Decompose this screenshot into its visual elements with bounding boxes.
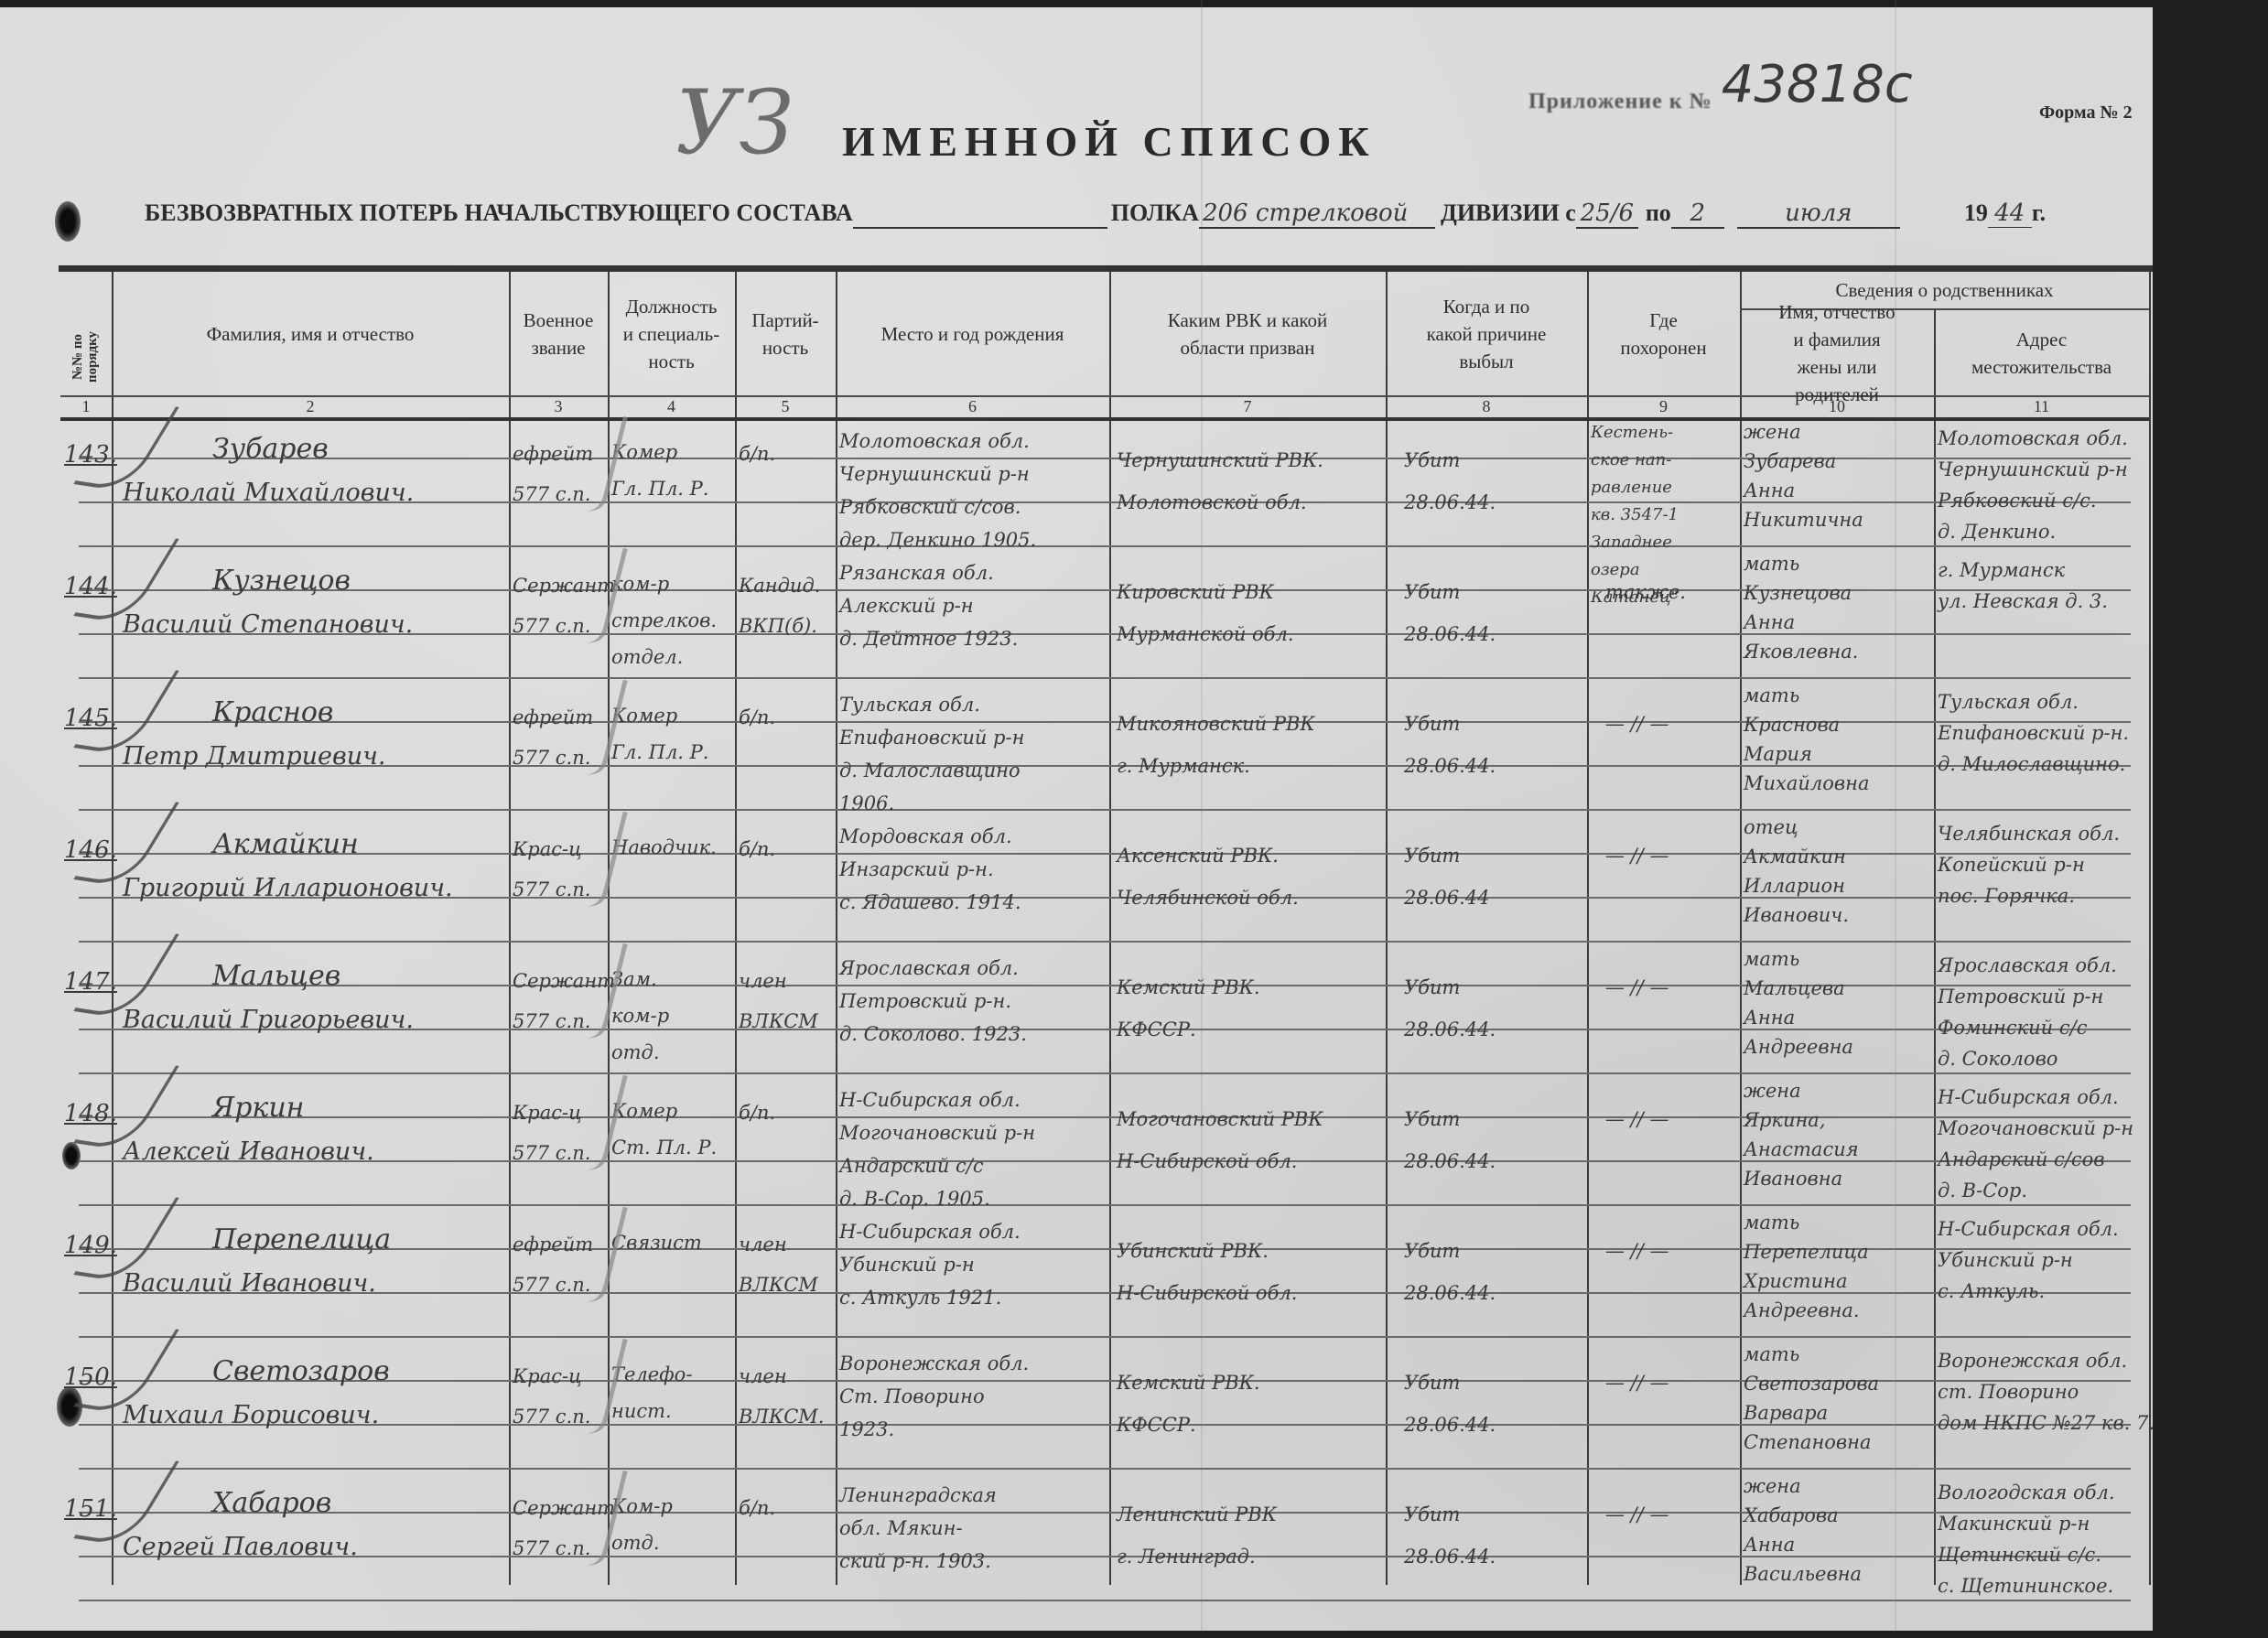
burial-place: — // — [1605,1098,1669,1140]
position-line: отд. [611,1034,669,1071]
subtitle-prefix: БЕЗВОЗВРАТНЫХ ПОТЕРЬ НАЧАЛЬСТВУЮЩЕГО СОС… [145,199,853,227]
document-subtitle: БЕЗВОЗВРАТНЫХ ПОТЕРЬ НАЧАЛЬСТВУЮЩЕГО СОС… [145,199,2046,229]
home-address-line: д. Денкино. [1938,516,2128,547]
party-membership: б/п. [739,697,775,738]
date-to-month: июля [1737,199,1900,229]
burial-place: также. [1605,571,1686,613]
relative-name: женаХабароваАннаВасильевна [1744,1471,1862,1589]
given-names: Михаил Борисович. [123,1398,379,1433]
home-address-line: Чернушинский р-н [1938,454,2128,485]
burial-place-line: Кестень- [1591,419,1679,447]
home-address-line: с. Аткуль. [1938,1276,2119,1307]
party-membership-line: ВЛКСМ [739,1001,818,1041]
birthplace-line: обл. Мякин- [839,1512,997,1545]
column-number: 8 [1386,397,1587,416]
departure-reason: Убит28.06.44. [1404,571,1496,655]
position-line: Гл. Пл. Р. [611,470,708,507]
conscription-office: Ленинский РВКг. Ленинград. [1117,1493,1277,1578]
position-line: стрелков. [611,602,717,639]
departure-reason: Убит28.06.44 [1404,835,1490,919]
form-number: Форма № 2 [2039,102,2133,124]
departure-reason-line: Убит [1404,1230,1496,1272]
position-line: Ст. Пл. Р. [611,1129,717,1166]
birthplace-line: Молотовская обл. [839,425,1036,458]
home-address-line: Копейский р-н [1938,849,2120,880]
conscription-office-line: Мурманской обл. [1117,613,1294,655]
relative-name: отецАкмайкинИлларионИванович. [1744,813,1849,930]
surname: Светозаров [212,1354,390,1389]
burial-place-line: — // — [1605,1362,1669,1404]
party-membership-line: б/п. [739,1488,775,1528]
birthplace: Рязанская обл.Алекский р-нд. Дейтное 192… [839,556,1018,655]
position: Зам.ком-ротд. [611,961,669,1071]
burial-place-line: равление [1591,474,1679,501]
home-address-line: Челябинская обл. [1938,818,2120,849]
ruled-line [79,1204,2131,1206]
conscription-office-line: Микояновский РВК [1117,703,1315,745]
party-membership: членВЛКСМ [739,961,818,1041]
military-rank-line: Крас-ц [513,1356,590,1396]
column-header: Должностьи специаль-ность [608,272,735,395]
departure-reason-line: 28.06.44 [1404,877,1490,919]
relative-name-line: жена [1744,1076,1859,1105]
birthplace: Мордовская обл.Инзарский р-н.с. Ядашево.… [839,820,1021,919]
column-number: 7 [1109,397,1386,416]
burial-place-line: — // — [1605,966,1669,1008]
birthplace: Н-Сибирская обл.Убинский р-нс. Аткуль 19… [839,1215,1021,1314]
departure-reason-line: 28.06.44. [1404,1536,1496,1578]
relative-name-line: Андреевна. [1744,1296,1869,1325]
conscription-office-line: Кемский РВК. [1117,1362,1260,1404]
relative-name-line: Илларион [1744,871,1849,900]
relative-name-line: мать [1744,944,1853,974]
ruled-line [79,1336,2131,1338]
home-address: Молотовская обл.Чернушинский р-нРябковск… [1938,423,2128,547]
departure-reason-line: 28.06.44. [1404,1404,1496,1446]
conscription-office-line: КФССР. [1117,1008,1260,1051]
burial-place: — // — [1605,703,1669,745]
birthplace-line: д. В-Сор. 1905. [839,1182,1035,1215]
party-membership: б/п. [739,1093,775,1133]
departure-reason-line: Убит [1404,835,1490,877]
burial-place-line: — // — [1605,1230,1669,1272]
conscription-office: Микояновский РВКг. Мурманск. [1117,703,1315,787]
relative-name-line: Анна [1744,608,1858,637]
surname: Перепелица [212,1223,391,1257]
conscription-office: Кемский РВК.КФССР. [1117,1362,1260,1446]
relative-name-line: Анна [1744,476,1863,505]
conscription-office-line: Ленинский РВК [1117,1493,1277,1536]
home-address-line: Андарский с/сов [1938,1144,2133,1175]
position-line: Комер [611,434,708,470]
relative-name-line: Светозарова [1744,1369,1879,1398]
party-membership-line: член [739,1356,824,1396]
conscription-office: Аксенский РВК.Челябинской обл. [1117,835,1299,919]
column-header: Имя, отчествои фамилияжены илиродителей [1740,310,1934,395]
birthplace-line: Мордовская обл. [839,820,1021,853]
relative-name-line: Зубарева [1744,447,1863,476]
blank-line [853,199,1107,229]
given-names: Алексей Иванович. [123,1135,374,1169]
departure-reason-line: Убит [1404,1098,1496,1140]
ruled-line [79,677,2131,679]
burial-place-line: — // — [1605,835,1669,877]
burial-place: — // — [1605,835,1669,877]
relative-name-line: Христина [1744,1266,1869,1296]
departure-reason-line: Убит [1404,1493,1496,1536]
birthplace-line: Н-Сибирская обл. [839,1083,1035,1116]
column-header-label: №№ попорядку [70,331,100,383]
birthplace-line: Убинский р-н [839,1248,1021,1281]
column-number: 11 [1934,397,2149,416]
relative-name: матьКрасноваМарияМихайловна [1744,681,1870,798]
home-address-line: Фоминский с/с [1938,1012,2117,1043]
relative-name: женаЗубареваАннаНикитична [1744,417,1863,534]
party-membership: б/п. [739,1488,775,1528]
conscription-office-line: Кировский РВК [1117,571,1294,613]
position: Связист [611,1224,702,1261]
home-address-line: Ярославская обл. [1938,950,2117,981]
birthplace: Ярославская обл.Петровский р-н.д. Соколо… [839,952,1027,1051]
relative-name-line: мать [1744,681,1870,710]
relative-name-line: мать [1744,1340,1879,1369]
position: КомерСт. Пл. Р. [611,1093,717,1166]
departure-reason-line: Убит [1404,439,1496,481]
position-line: Связист [611,1224,702,1261]
ruled-line [79,809,2131,811]
departure-reason: Убит28.06.44. [1404,703,1496,787]
home-address-line: д. В-Сор. [1938,1175,2133,1206]
scan-border-right [2153,0,2210,1638]
position: Наводчик. [611,829,717,866]
home-address-line: д. Соколово [1938,1043,2117,1074]
birthplace-line: Андарский с/с [839,1149,1035,1182]
relative-name: женаЯркина,АнастасияИвановна [1744,1076,1859,1193]
home-address-line: Молотовская обл. [1938,423,2128,454]
birthplace-line: Воронежская обл. [839,1347,1029,1380]
relative-name-line: Варвара [1744,1398,1879,1428]
home-address: Ярославская обл.Петровский р-нФоминский … [1938,950,2117,1074]
relative-name: матьПерепелицаХристинаАндреевна. [1744,1208,1869,1325]
birthplace: Воронежская обл.Ст. Поворино1923. [839,1347,1029,1446]
relative-name-line: отец [1744,813,1849,842]
conscription-office-line: Убинский РВК. [1117,1230,1297,1272]
home-address: Вологодская обл.Макинский р-нЩетинский с… [1938,1477,2115,1601]
home-address-line: с. Щетининское. [1938,1570,2115,1601]
punch-hole [55,201,81,242]
home-address-line: ул. Невская д. 3. [1938,586,2108,617]
home-address-line: Щетинский с/с. [1938,1539,2115,1570]
conscription-office-line: Чернушинский РВК. [1117,439,1323,481]
relative-name-line: Хабарова [1744,1501,1862,1530]
burial-place: — // — [1605,1493,1669,1536]
departure-reason: Убит28.06.44. [1404,1493,1496,1578]
departure-reason-line: 28.06.44. [1404,1140,1496,1182]
burial-place-line: ское нап- [1591,447,1679,474]
column-number: 5 [735,397,836,416]
given-names: Григорий Илларионович. [123,871,453,906]
party-membership-line: б/п. [739,434,775,474]
home-address-line: Н-Сибирская обл. [1938,1213,2119,1245]
departure-reason: Убит28.06.44. [1404,1098,1496,1182]
column-number: 4 [608,397,735,416]
relative-name: матьМальцеваАннаАндреевна [1744,944,1853,1061]
column-header: Место и год рождения [836,272,1109,395]
home-address-line: г. Мурманск [1938,555,2108,586]
party-membership-line: б/п. [739,697,775,738]
burial-place-line: также. [1605,571,1686,613]
burial-place-line: — // — [1605,1493,1669,1536]
birthplace-line: д. Соколово. 1923. [839,1018,1027,1051]
table-top-rule [59,265,2153,272]
year-prefix: 19 [1964,199,1988,227]
birthplace-line: Петровский р-н. [839,985,1027,1018]
party-membership-line: член [739,961,818,1001]
birthplace-line: д. Дейтное 1923. [839,622,1018,655]
regiment-value: 206 стрелковой [1199,199,1435,229]
home-address-line: пос. Горячка. [1938,880,2120,911]
departure-reason: Убит28.06.44. [1404,1362,1496,1446]
birthplace-line: ский р-н. 1903. [839,1545,997,1578]
conscription-office-line: Н-Сибирской обл. [1117,1140,1323,1182]
position-line: нист. [611,1393,692,1429]
home-address-line: Тульская обл. [1938,686,2129,717]
position-line: отдел. [611,639,717,675]
party-membership: членВЛКСМ [739,1224,818,1305]
birthplace: Н-Сибирская обл.Могочановский р-нАндарск… [839,1083,1035,1215]
position-line: отд. [611,1525,673,1561]
column-header: Гдепохоронен [1587,272,1740,395]
conscription-office-line: Молотовской обл. [1117,481,1323,523]
ruled-line [79,545,2131,547]
relative-name-line: Кузнецова [1744,578,1858,608]
birthplace-line: Инзарский р-н. [839,853,1021,886]
party-membership-line: ВЛКСМ [739,1265,818,1305]
home-address-line: Убинский р-н [1938,1245,2119,1276]
departure-reason: Убит28.06.44. [1404,439,1496,523]
birthplace-line: Ярославская обл. [839,952,1027,985]
column-number: 9 [1587,397,1740,416]
birthplace-line: Тульская обл. [839,688,1024,721]
relative-name-line: Иванович. [1744,900,1849,930]
birthplace: Ленинградскаяобл. Мякин-ский р-н. 1903. [839,1479,997,1578]
departure-reason-line: Убит [1404,1362,1496,1404]
surname: Кузнецов [212,564,351,598]
stamp-text: Приложение к № [1528,90,1712,114]
column-header-number: №№ попорядку [60,316,110,398]
ruled-line [79,1072,2131,1074]
home-address-line: дом НКПС №27 кв. 7. [1938,1407,2155,1439]
home-address-line: д. Милославщино. [1938,749,2129,780]
surname: Яркин [212,1091,304,1126]
relative-name-line: мать [1744,549,1858,578]
departure-reason-line: 28.06.44. [1404,745,1496,787]
birthplace-line: с. Ядашево. 1914. [839,886,1021,919]
relative-name-line: Васильевна [1744,1559,1862,1589]
stamp-number: 43818с [1722,55,1913,114]
home-address: Челябинская обл.Копейский р-нпос. Горячк… [1938,818,2120,911]
party-membership-line: б/п. [739,829,775,869]
birthplace-line: Алекский р-н [839,589,1018,622]
home-address-line: Петровский р-н [1938,981,2117,1012]
given-names: Петр Дмитриевич. [123,739,385,774]
to-label: по [1646,199,1671,227]
burial-place-line: кв. 3547-1 [1591,501,1679,529]
birthplace-line: Рябковский с/сов. [839,490,1036,523]
conscription-office-line: КФССР. [1117,1404,1260,1446]
relative-name-line: Анна [1744,1003,1853,1032]
column-header: Партий-ность [735,272,836,395]
relative-name-line: мать [1744,1208,1869,1237]
relative-name-line: Яковлевна. [1744,637,1858,666]
burial-place: — // — [1605,1230,1669,1272]
home-address-line: Вологодская обл. [1938,1477,2115,1508]
party-membership-line: б/п. [739,1093,775,1133]
military-rank-line: Крас-ц [513,1093,590,1133]
conscription-office-line: Кемский РВК. [1117,966,1260,1008]
relative-name-line: Анастасия [1744,1135,1859,1164]
departure-reason: Убит28.06.44. [1404,966,1496,1051]
birthplace-line: Н-Сибирская обл. [839,1215,1021,1248]
conscription-office-line: г. Ленинград. [1117,1536,1277,1578]
birthplace-line: д. Малославщино [839,754,1024,787]
conscription-office-line: Аксенский РВК. [1117,835,1299,877]
departure-reason-line: 28.06.44. [1404,481,1496,523]
home-address: Н-Сибирская обл.Могочановский р-нАндарск… [1938,1082,2133,1206]
document-title: ИМЕННОЙ СПИСОК [842,117,1377,166]
home-address-line: Могочановский р-н [1938,1113,2133,1144]
conscription-office: Могочановский РВКН-Сибирской обл. [1117,1098,1323,1182]
party-membership-line: член [739,1224,818,1265]
party-membership: б/п. [739,434,775,474]
relative-name: матьСветозароваВарвараСтепановна [1744,1340,1879,1457]
departure-reason-line: 28.06.44. [1404,1008,1496,1051]
document-sheet: УЗ Приложение к № 43818с Форма № 2 ИМЕНН… [0,0,2210,1631]
column-number: 6 [836,397,1109,416]
burial-place-line: — // — [1605,1098,1669,1140]
home-address: г. Мурманскул. Невская д. 3. [1938,555,2108,617]
home-address: Тульская обл.Епифановский р-н.д. Милосла… [1938,686,2129,780]
position: КомерГл. Пл. Р. [611,434,708,507]
departure-reason-line: Убит [1404,966,1496,1008]
date-to-day: 2 [1671,199,1724,229]
relative-name-line: Мария [1744,739,1870,769]
home-address-line: Рябковский с/с. [1938,485,2128,516]
division-label: ДИВИЗИИ с [1441,199,1576,227]
birthplace-line: Чернушинский р-н [839,458,1036,490]
burial-place: — // — [1605,966,1669,1008]
relative-name-line: Степановна [1744,1428,1879,1457]
position-line: Наводчик. [611,829,717,866]
given-names: Василий Григорьевич. [123,1003,414,1038]
departure-reason-line: Убит [1404,571,1496,613]
birthplace-line: 1906. [839,787,1024,820]
column-number: 3 [509,397,608,416]
position-line: ком-р [611,997,669,1034]
ruled-line [79,1600,2131,1601]
relative-name-line: Краснова [1744,710,1870,739]
departure-reason-line: 28.06.44. [1404,1272,1496,1314]
burial-place: — // — [1605,1362,1669,1404]
position-line: ком-р [611,566,717,602]
pencil-annotation: УЗ [675,71,794,174]
column-header: Адресместожительства [1934,310,2149,395]
departure-reason-line: 28.06.44. [1404,613,1496,655]
position: КомерГл. Пл. Р. [611,697,708,771]
party-membership-line: ВЛКСМ. [739,1396,824,1437]
ruled-line [79,941,2131,943]
surname: Зубарев [212,432,329,467]
year-value: 44 [1988,199,2032,228]
conscription-office-line: Могочановский РВК [1117,1098,1323,1140]
party-membership: членВЛКСМ. [739,1356,824,1437]
conscription-office: Чернушинский РВК.Молотовской обл. [1117,439,1323,523]
home-address-line: Макинский р-н [1938,1508,2115,1539]
year-suffix: г. [2032,199,2046,227]
birthplace: Молотовская обл.Чернушинский р-нРябковск… [839,425,1036,556]
column-header: Когда и покакой причиневыбыл [1386,272,1587,395]
regiment-label: ПОЛКА [1111,199,1199,227]
conscription-office-line: Н-Сибирской обл. [1117,1272,1297,1314]
departure-reason: Убит28.06.44. [1404,1230,1496,1314]
ruled-line [79,1468,2131,1470]
position: Телефо-нист. [611,1356,692,1429]
column-number: 10 [1740,397,1934,416]
birthplace-line: Епифановский р-н [839,721,1024,754]
home-address-line: ст. Поворино [1938,1376,2155,1407]
relative-name-line: жена [1744,417,1863,447]
birthplace-line: Ленинградская [839,1479,997,1512]
home-address: Воронежская обл.ст. Поворинодом НКПС №27… [1938,1345,2155,1439]
home-address-line: Воронежская обл. [1938,1345,2155,1376]
relative-name-line: Перепелица [1744,1237,1869,1266]
given-names: Сергей Павлович. [123,1530,358,1565]
column-header: Военноезвание [509,272,608,395]
given-names: Николай Михайлович. [123,476,414,511]
conscription-office: Кировский РВКМурманской обл. [1117,571,1294,655]
position-line: Телефо- [611,1356,692,1393]
home-address: Н-Сибирская обл.Убинский р-нс. Аткуль. [1938,1213,2119,1307]
party-membership-line: ВКП(б). [739,606,820,646]
home-address-line: Епифановский р-н. [1938,717,2129,749]
birthplace-line: 1923. [839,1413,1029,1446]
birthplace-line: Рязанская обл. [839,556,1018,589]
relative-name-line: Анна [1744,1530,1862,1559]
departure-reason-line: Убит [1404,703,1496,745]
column-header: Каким РВК и какойобласти призван [1109,272,1386,395]
given-names: Василий Иванович. [123,1266,376,1301]
surname: Акмайкин [212,827,359,862]
birthplace-line: Ст. Поворино [839,1380,1029,1413]
scan-border-top [0,0,2268,7]
position-line: Комер [611,697,708,734]
relative-name-line: Яркина, [1744,1105,1859,1135]
position-line: Гл. Пл. Р. [611,734,708,771]
relative-name-line: Акмайкин [1744,842,1849,871]
conscription-office: Кемский РВК.КФССР. [1117,966,1260,1051]
birthplace: Тульская обл.Епифановский р-нд. Малослав… [839,688,1024,820]
birthplace-line: с. Аткуль 1921. [839,1281,1021,1314]
relative-name-line: Мальцева [1744,974,1853,1003]
relative-name-line: Ивановна [1744,1164,1859,1193]
relative-name-line: Никитична [1744,505,1863,534]
attachment-stamp: Приложение к № 43818с [1528,55,1913,114]
surname: Краснов [212,695,333,730]
given-names: Василий Степанович. [123,608,413,642]
party-membership-line: Кандид. [739,566,820,606]
relative-name-line: жена [1744,1471,1862,1501]
home-address-line: Н-Сибирская обл. [1938,1082,2133,1113]
